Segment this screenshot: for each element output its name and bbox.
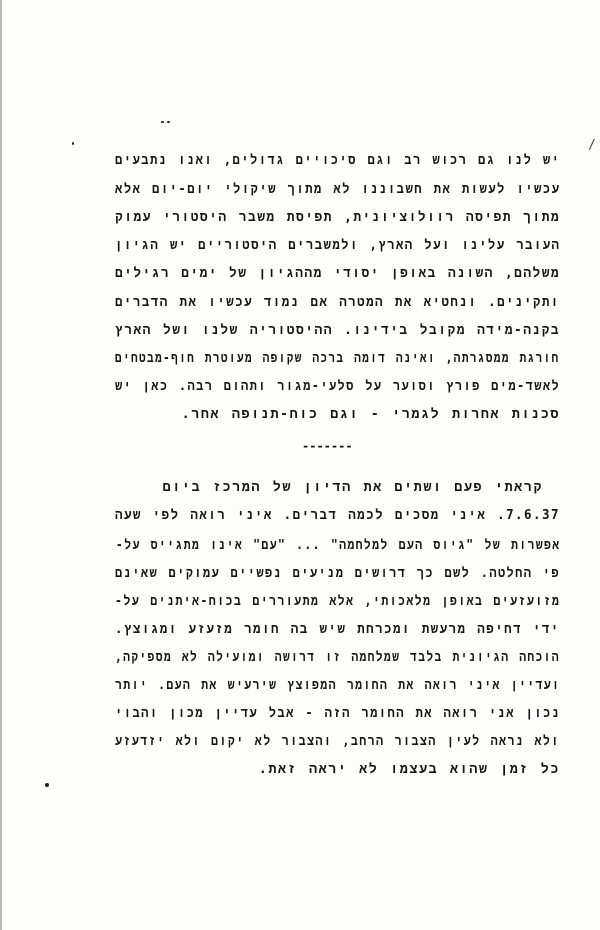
- margin-mark: /: [588, 138, 596, 153]
- text-line: קראתי פעם ושתים את הדיון של המרכז ביום: [163, 480, 543, 496]
- text-line: פי החלטה. לשם כך דרושים מניעים נפשיים עמ…: [115, 566, 560, 582]
- text-line: ולא נראה לעין הצבור הרחב, והצבור לא יקום…: [115, 734, 560, 750]
- text-line: נכון אני רואה את החומר הזה - אבל עדיין מ…: [115, 706, 560, 722]
- text-line: יש לנו גם רכוש רב וגם סיכויים גדולים, וא…: [115, 153, 560, 169]
- text-line: ותקינים. ונחטיא את המטרה אם נמוד עכשיו א…: [115, 295, 560, 311]
- text-line: מזועזעים באופן מלאכותי, אלא מתעוררים בכו…: [115, 594, 560, 610]
- text-line: משלהם, השונה באופן יסודי מההגיון של ימים…: [115, 266, 560, 282]
- text-line: עכשיו לעשות את חשבוננו לא מתוך שיקולי יו…: [115, 182, 560, 198]
- top-speck: [161, 121, 164, 123]
- margin-speck: [72, 142, 74, 145]
- text-line: כל זמן שהוא בעצמו לא יראה זאת.: [259, 762, 560, 778]
- text-line: הוכחה הגיונית בלבד שמלחמה זו דרושה ומועי…: [115, 650, 560, 666]
- text-line: חורגת ממסגרתה, ואינה דומה ברכה שקופה מעו…: [115, 351, 560, 367]
- text-line: 7.6.37. איני מסכים לכמה דברים. איני רואה…: [115, 508, 560, 524]
- text-line: מתוך תפיסה רוולוציונית, תפיסת משבר היסטו…: [115, 210, 560, 226]
- text-line: סכנות אחרות לגמרי - וגם כוח-תנופה אחר.: [182, 407, 560, 423]
- text-line: העובר עלינו ועל הארץ, ולמשברים היסטוריים…: [115, 238, 560, 254]
- text-line: לאשד-מים פורץ וסוער על סלעי-מגור ותהום ר…: [115, 379, 560, 395]
- margin-speck: [45, 783, 49, 787]
- top-speck: [167, 121, 170, 123]
- text-line: ועדיין איני רואה את החומר המפוצץ שירעיש …: [115, 678, 560, 694]
- text-line: ידי דחיפה מרעשת ומכרחת שיש בה חומר מזעזע…: [115, 622, 560, 638]
- section-separator: -------: [302, 439, 353, 453]
- text-line: אפשרות של "גיוס העם למלחמה" ... "עם" אינ…: [115, 538, 560, 554]
- document-page: / יש לנו גם רכוש רב וגם סיכויים גדולים, …: [0, 0, 600, 930]
- text-line: בקנה-מידה מקובל בידינו. ההיסטוריה שלנו ו…: [115, 323, 560, 339]
